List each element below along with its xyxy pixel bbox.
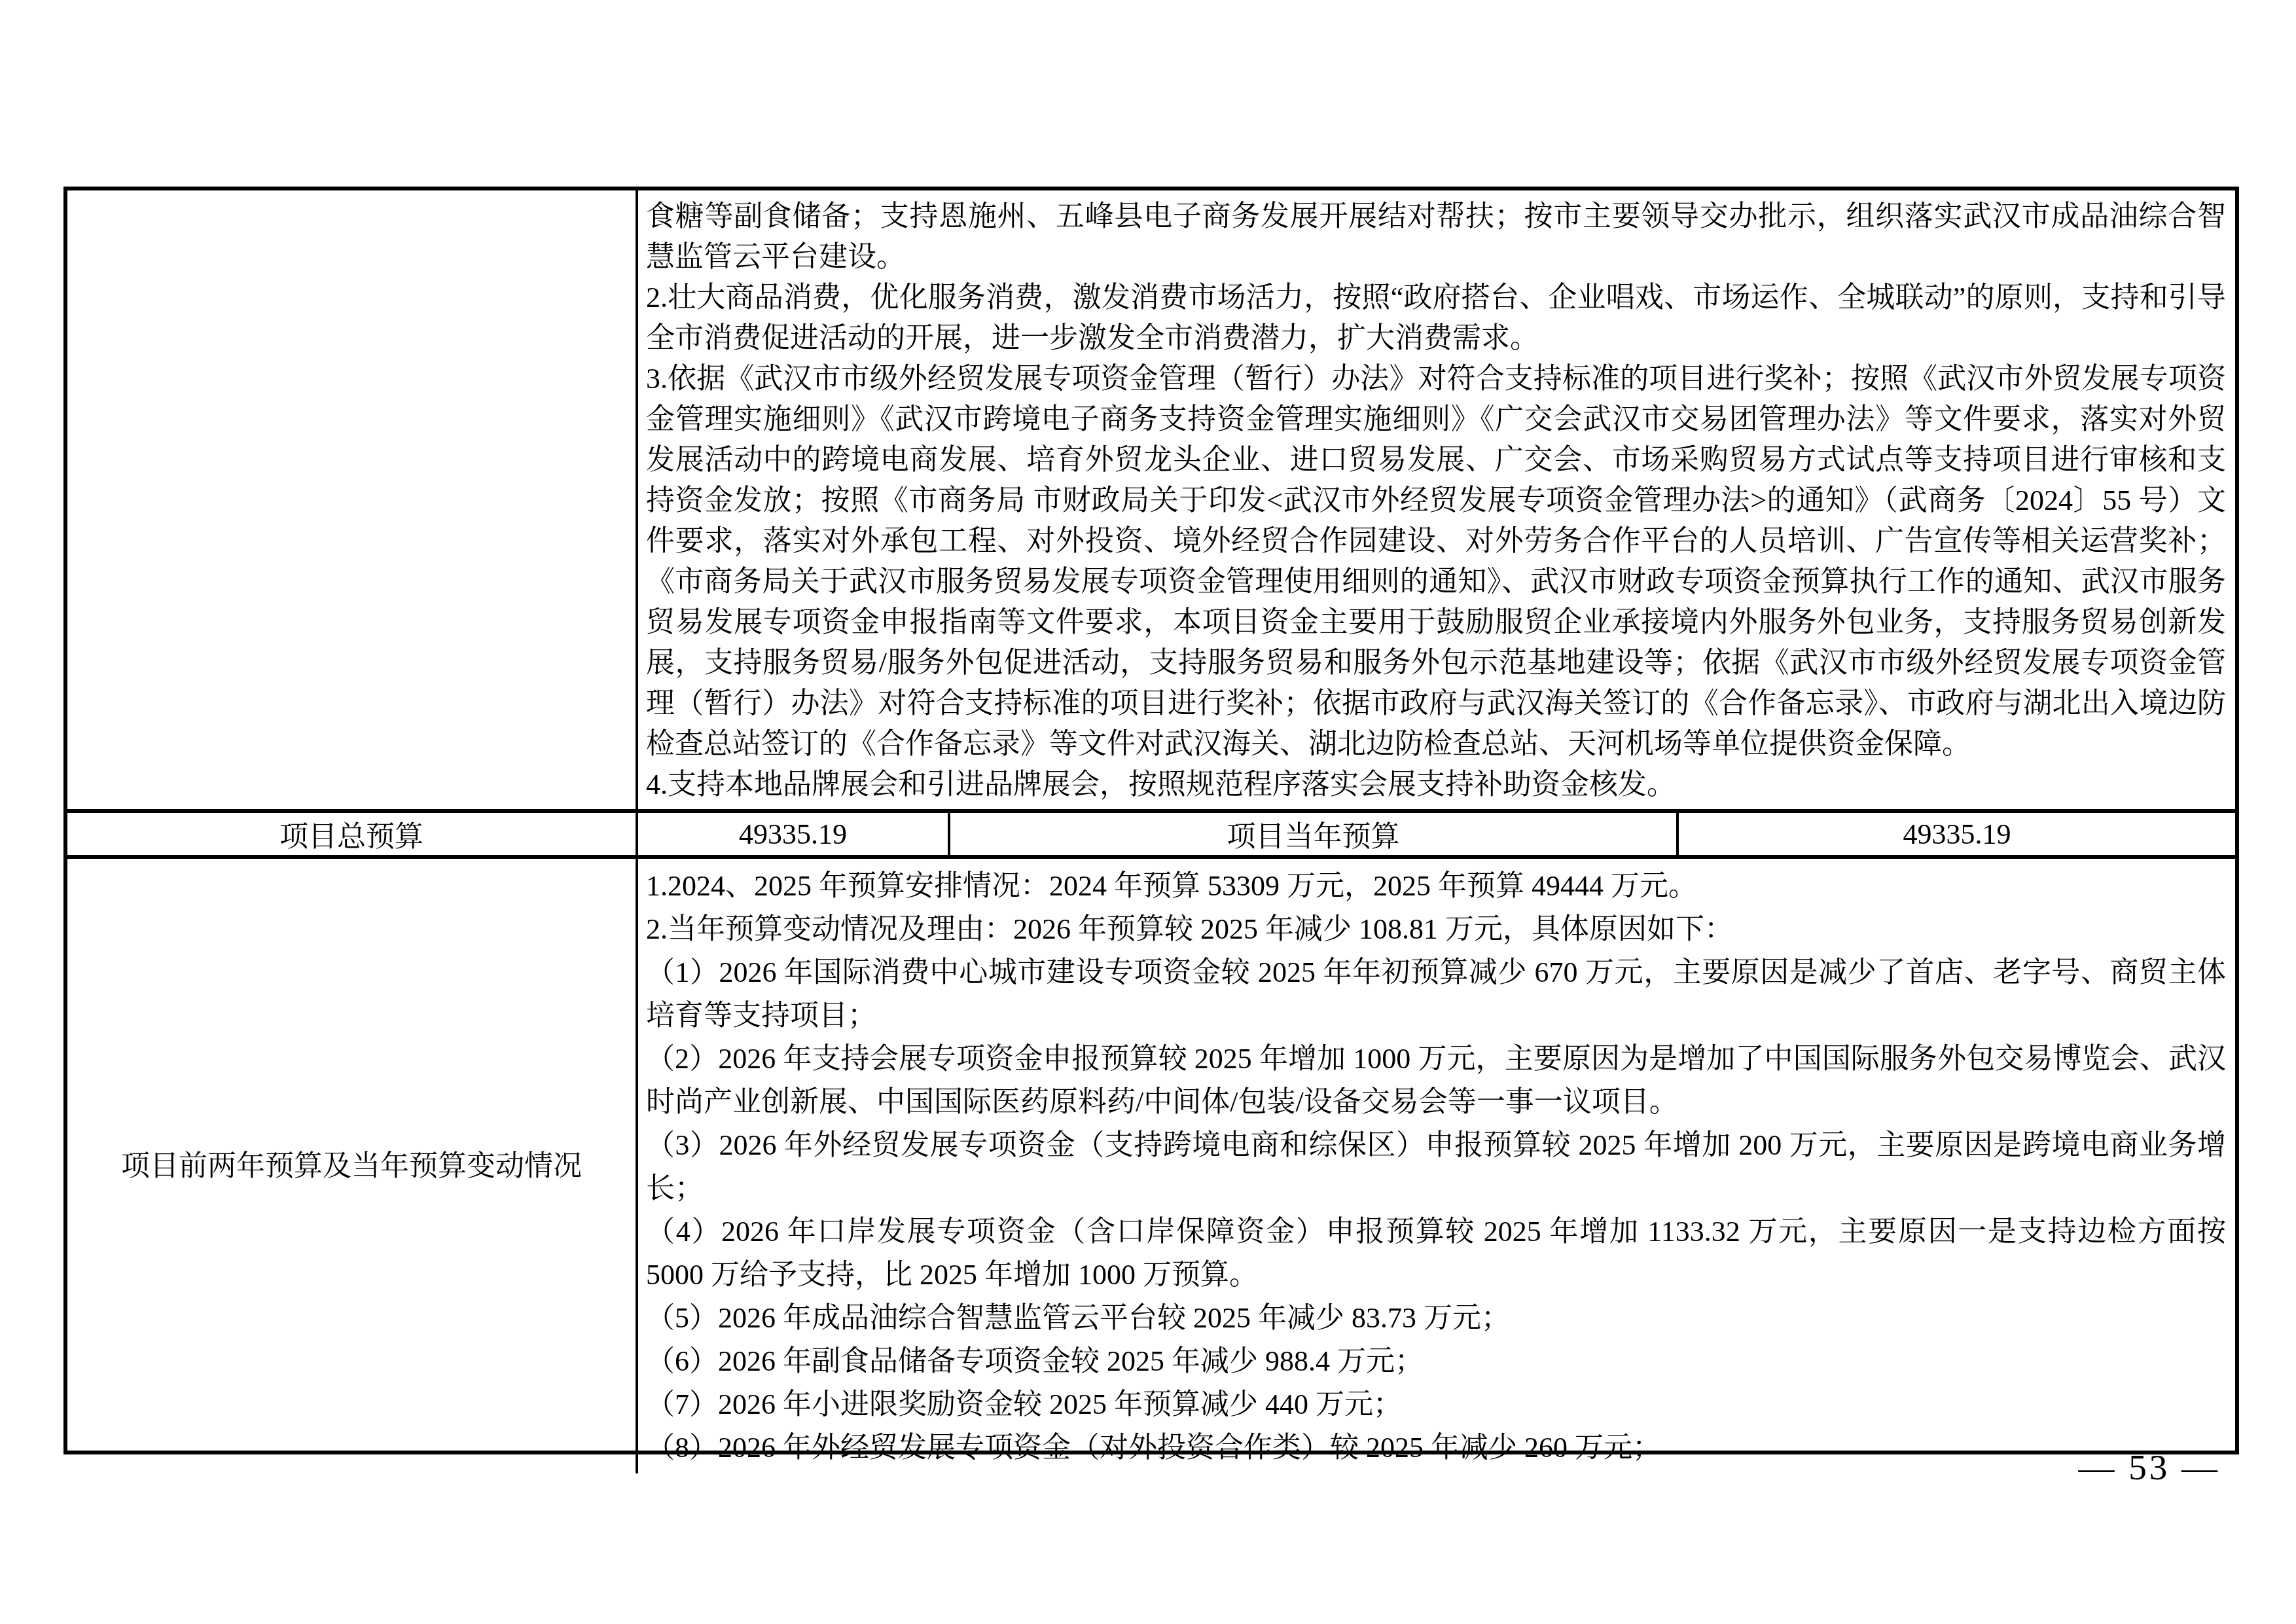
budget-change-content-cell: 1.2024、2025 年预算安排情况：2024 年预算 53309 万元，20… <box>638 859 2235 1473</box>
paragraph: （8）2026 年外经贸发展专项资金（对外投资合作类）较 2025 年减少 26… <box>646 1426 2226 1470</box>
current-year-budget-value-cell: 49335.19 <box>1679 813 2235 855</box>
total-budget-label-cell: 项目总预算 <box>67 813 638 855</box>
document-page: 食糖等副食储备；支持恩施州、五峰县电子商务发展开展结对帮扶；按市主要领导交办批示… <box>0 0 2296 1624</box>
paragraph: （4）2026 年口岸发展专项资金（含口岸保障资金）申报预算较 2025 年增加… <box>646 1210 2226 1297</box>
current-year-budget-label-cell: 项目当年预算 <box>950 813 1679 855</box>
paragraph: 3.依据《武汉市市级外经贸发展专项资金管理（暂行）办法》对符合支持标准的项目进行… <box>646 359 2226 765</box>
row-budget-summary: 项目总预算 49335.19 项目当年预算 49335.19 <box>67 809 2235 859</box>
total-budget-value-cell: 49335.19 <box>638 813 950 855</box>
project-description-label-cell-empty <box>67 190 638 809</box>
paragraph: （3）2026 年外经贸发展专项资金（支持跨境电商和综保区）申报预算较 2025… <box>646 1124 2226 1210</box>
paragraph: （7）2026 年小进限奖励资金较 2025 年预算减少 440 万元； <box>646 1383 2226 1426</box>
paragraph: 2.壮大商品消费，优化服务消费，激发消费市场活力，按照“政府搭台、企业唱戏、市场… <box>646 278 2226 359</box>
paragraph: 食糖等副食储备；支持恩施州、五峰县电子商务发展开展结对帮扶；按市主要领导交办批示… <box>646 196 2226 278</box>
paragraph: （5）2026 年成品油综合智慧监管云平台较 2025 年减少 83.73 万元… <box>646 1297 2226 1340</box>
paragraph: 2.当年预算变动情况及理由：2026 年预算较 2025 年减少 108.81 … <box>646 908 2226 951</box>
row-budget-change: 项目前两年预算及当年预算变动情况 1.2024、2025 年预算安排情况：202… <box>67 859 2235 1473</box>
budget-change-label-cell: 项目前两年预算及当年预算变动情况 <box>67 859 638 1473</box>
row-project-description: 食糖等副食储备；支持恩施州、五峰县电子商务发展开展结对帮扶；按市主要领导交办批示… <box>67 190 2235 809</box>
project-description-content-cell: 食糖等副食储备；支持恩施州、五峰县电子商务发展开展结对帮扶；按市主要领导交办批示… <box>638 190 2235 809</box>
paragraph: （1）2026 年国际消费中心城市建设专项资金较 2025 年年初预算减少 67… <box>646 951 2226 1038</box>
paragraph: 1.2024、2025 年预算安排情况：2024 年预算 53309 万元，20… <box>646 865 2226 908</box>
page-number: — 53 — <box>2079 1447 2221 1488</box>
paragraph: （2）2026 年支持会展专项资金申报预算较 2025 年增加 1000 万元，… <box>646 1038 2226 1124</box>
budget-table: 食糖等副食储备；支持恩施州、五峰县电子商务发展开展结对帮扶；按市主要领导交办批示… <box>63 187 2239 1454</box>
paragraph: 4.支持本地品牌展会和引进品牌展会，按照规范程序落实会展支持补助资金核发。 <box>646 765 2226 805</box>
paragraph: （6）2026 年副食品储备专项资金较 2025 年减少 988.4 万元； <box>646 1340 2226 1383</box>
